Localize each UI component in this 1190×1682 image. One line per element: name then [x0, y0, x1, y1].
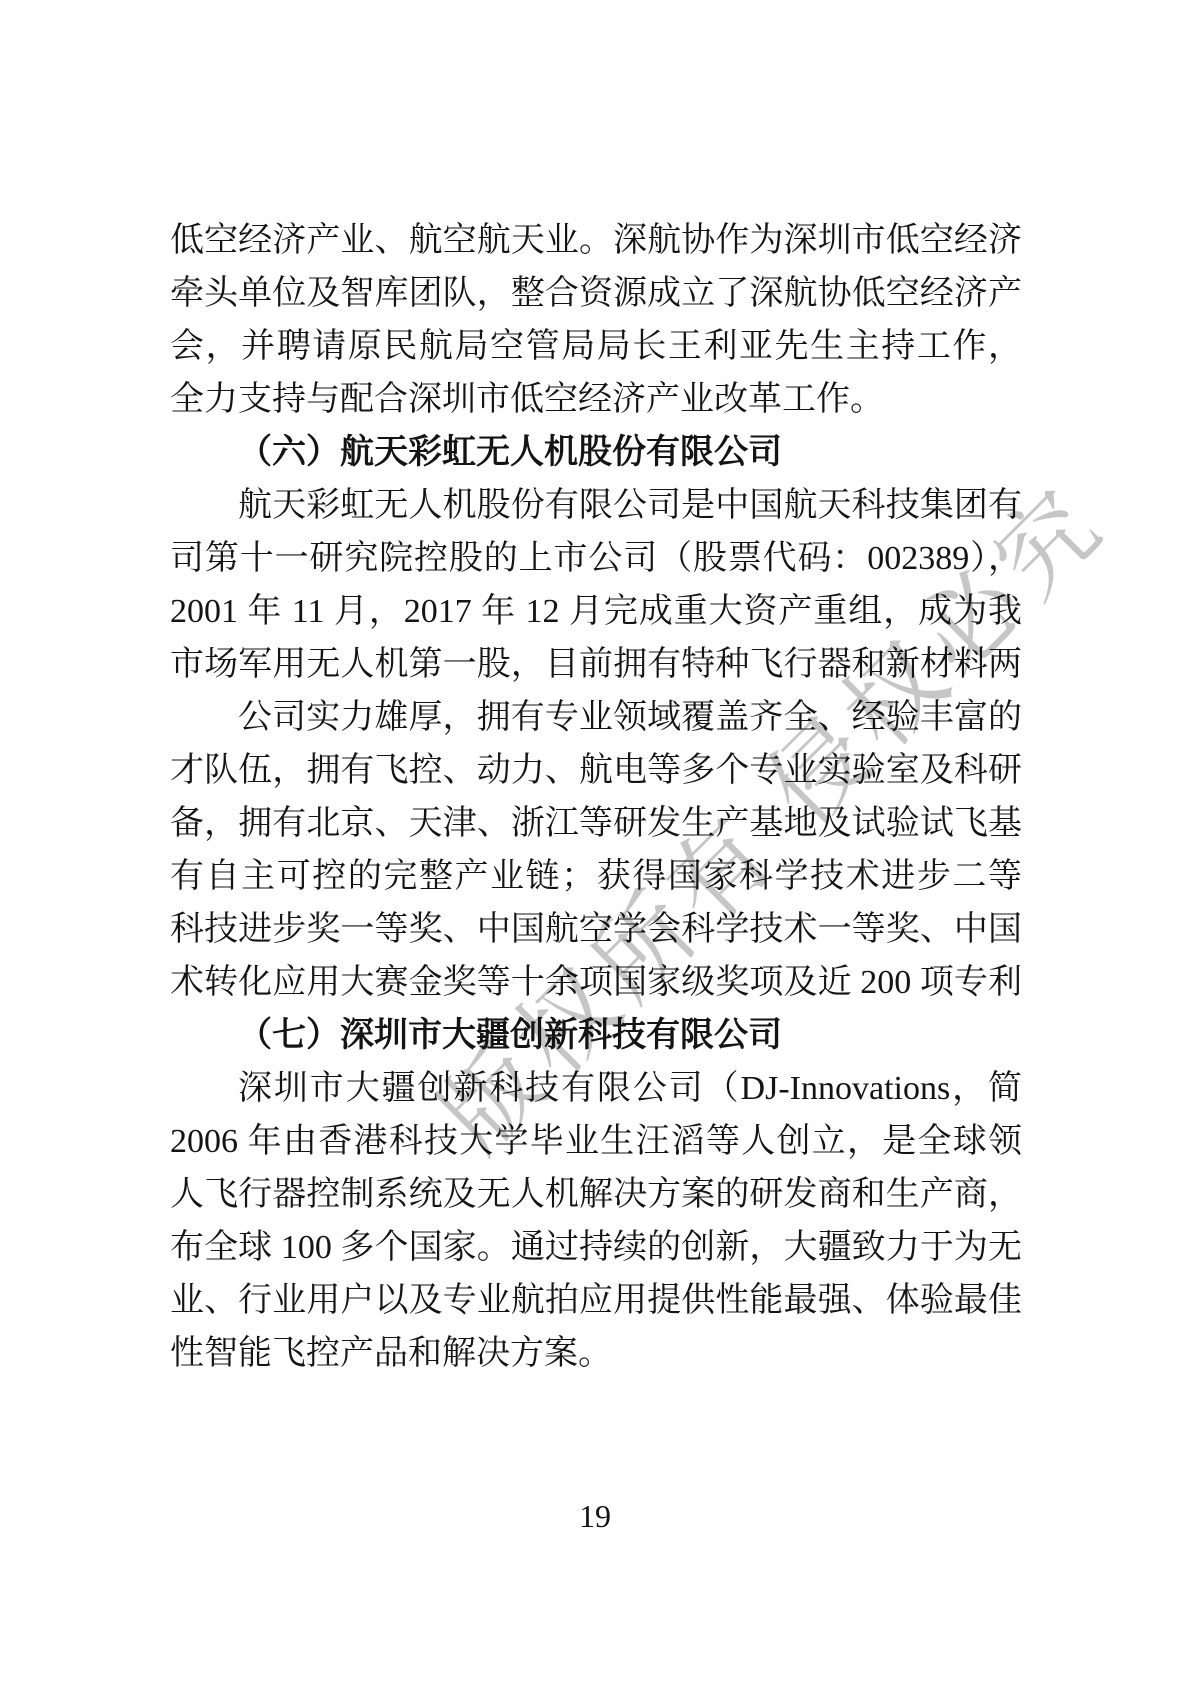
text-line: 牵头单位及智库团队，整合资源成立了深航协低空经济产业委员: [170, 267, 1022, 320]
text-line: 有自主可控的完整产业链；获得国家科学技术进步二等奖、国防: [170, 850, 1022, 903]
text-line: 深圳市大疆创新科技有限公司（DJ-Innovations，简称 DJI），: [170, 1062, 1022, 1115]
text-line: 市场军用无人机第一股，目前拥有特种飞行器和新材料两大主业。: [170, 638, 1022, 691]
paragraph: 公司实力雄厚，拥有专业领域覆盖齐全、经验丰富的高端人才队伍，拥有飞控、动力、航电…: [170, 691, 1022, 1009]
text-line: 全力支持与配合深圳市低空经济产业改革工作。: [170, 373, 1022, 426]
section-heading: （七）深圳市大疆创新科技有限公司: [170, 1009, 1022, 1062]
text-line: 航天彩虹无人机股份有限公司是中国航天科技集团有限公: [170, 479, 1022, 532]
document-body: 低空经济产业、航空航天业。深航协作为深圳市低空经济产业的牵头单位及智库团队，整合…: [170, 214, 1022, 1380]
text-line: （六）航天彩虹无人机股份有限公司: [170, 426, 1022, 479]
document-page: 版权所有 侵权必究 低空经济产业、航空航天业。深航协作为深圳市低空经济产业的牵头…: [0, 0, 1190, 1682]
text-line: 人飞行器控制系统及无人机解决方案的研发商和生产商，客户遍: [170, 1168, 1022, 1221]
text-line: 备，拥有北京、天津、浙江等研发生产基地及试验试飞基地，拥: [170, 797, 1022, 850]
text-line: 2001 年 11 月，2017 年 12 月完成重大资产重组，成为我国证券: [170, 585, 1022, 638]
text-line: 布全球 100 多个国家。通过持续的创新，大疆致力于为无人机工: [170, 1221, 1022, 1274]
paragraph: 深圳市大疆创新科技有限公司（DJ-Innovations，简称 DJI），200…: [170, 1062, 1022, 1380]
text-line: 科技进步奖一等奖、中国航空学会科学技术一等奖、中国先进技: [170, 903, 1022, 956]
text-line: 低空经济产业、航空航天业。深航协作为深圳市低空经济产业的: [170, 214, 1022, 267]
text-line: 业、行业用户以及专业航拍应用提供性能最强、体验最佳的革命: [170, 1274, 1022, 1327]
text-line: 公司实力雄厚，拥有专业领域覆盖齐全、经验丰富的高端人: [170, 691, 1022, 744]
text-line: 会，并聘请原民航局空管局局长王利亚先生主持工作，2023 年: [170, 320, 1022, 373]
text-line: （七）深圳市大疆创新科技有限公司: [170, 1009, 1022, 1062]
paragraph: 低空经济产业、航空航天业。深航协作为深圳市低空经济产业的牵头单位及智库团队，整合…: [170, 214, 1022, 426]
text-line: 司第十一研究院控股的上市公司（股票代码：002389），成立于: [170, 532, 1022, 585]
text-line: 2006 年由香港科技大学毕业生汪滔等人创立，是全球领先的无: [170, 1115, 1022, 1168]
paragraph: 航天彩虹无人机股份有限公司是中国航天科技集团有限公司第十一研究院控股的上市公司（…: [170, 479, 1022, 691]
text-line: 性智能飞控产品和解决方案。: [170, 1327, 1022, 1380]
section-heading: （六）航天彩虹无人机股份有限公司: [170, 426, 1022, 479]
page-number: 19: [0, 1498, 1190, 1535]
text-line: 术转化应用大赛金奖等十余项国家级奖项及近 200 项专利成果。: [170, 956, 1022, 1009]
text-line: 才队伍，拥有飞控、动力、航电等多个专业实验室及科研仪器设: [170, 744, 1022, 797]
